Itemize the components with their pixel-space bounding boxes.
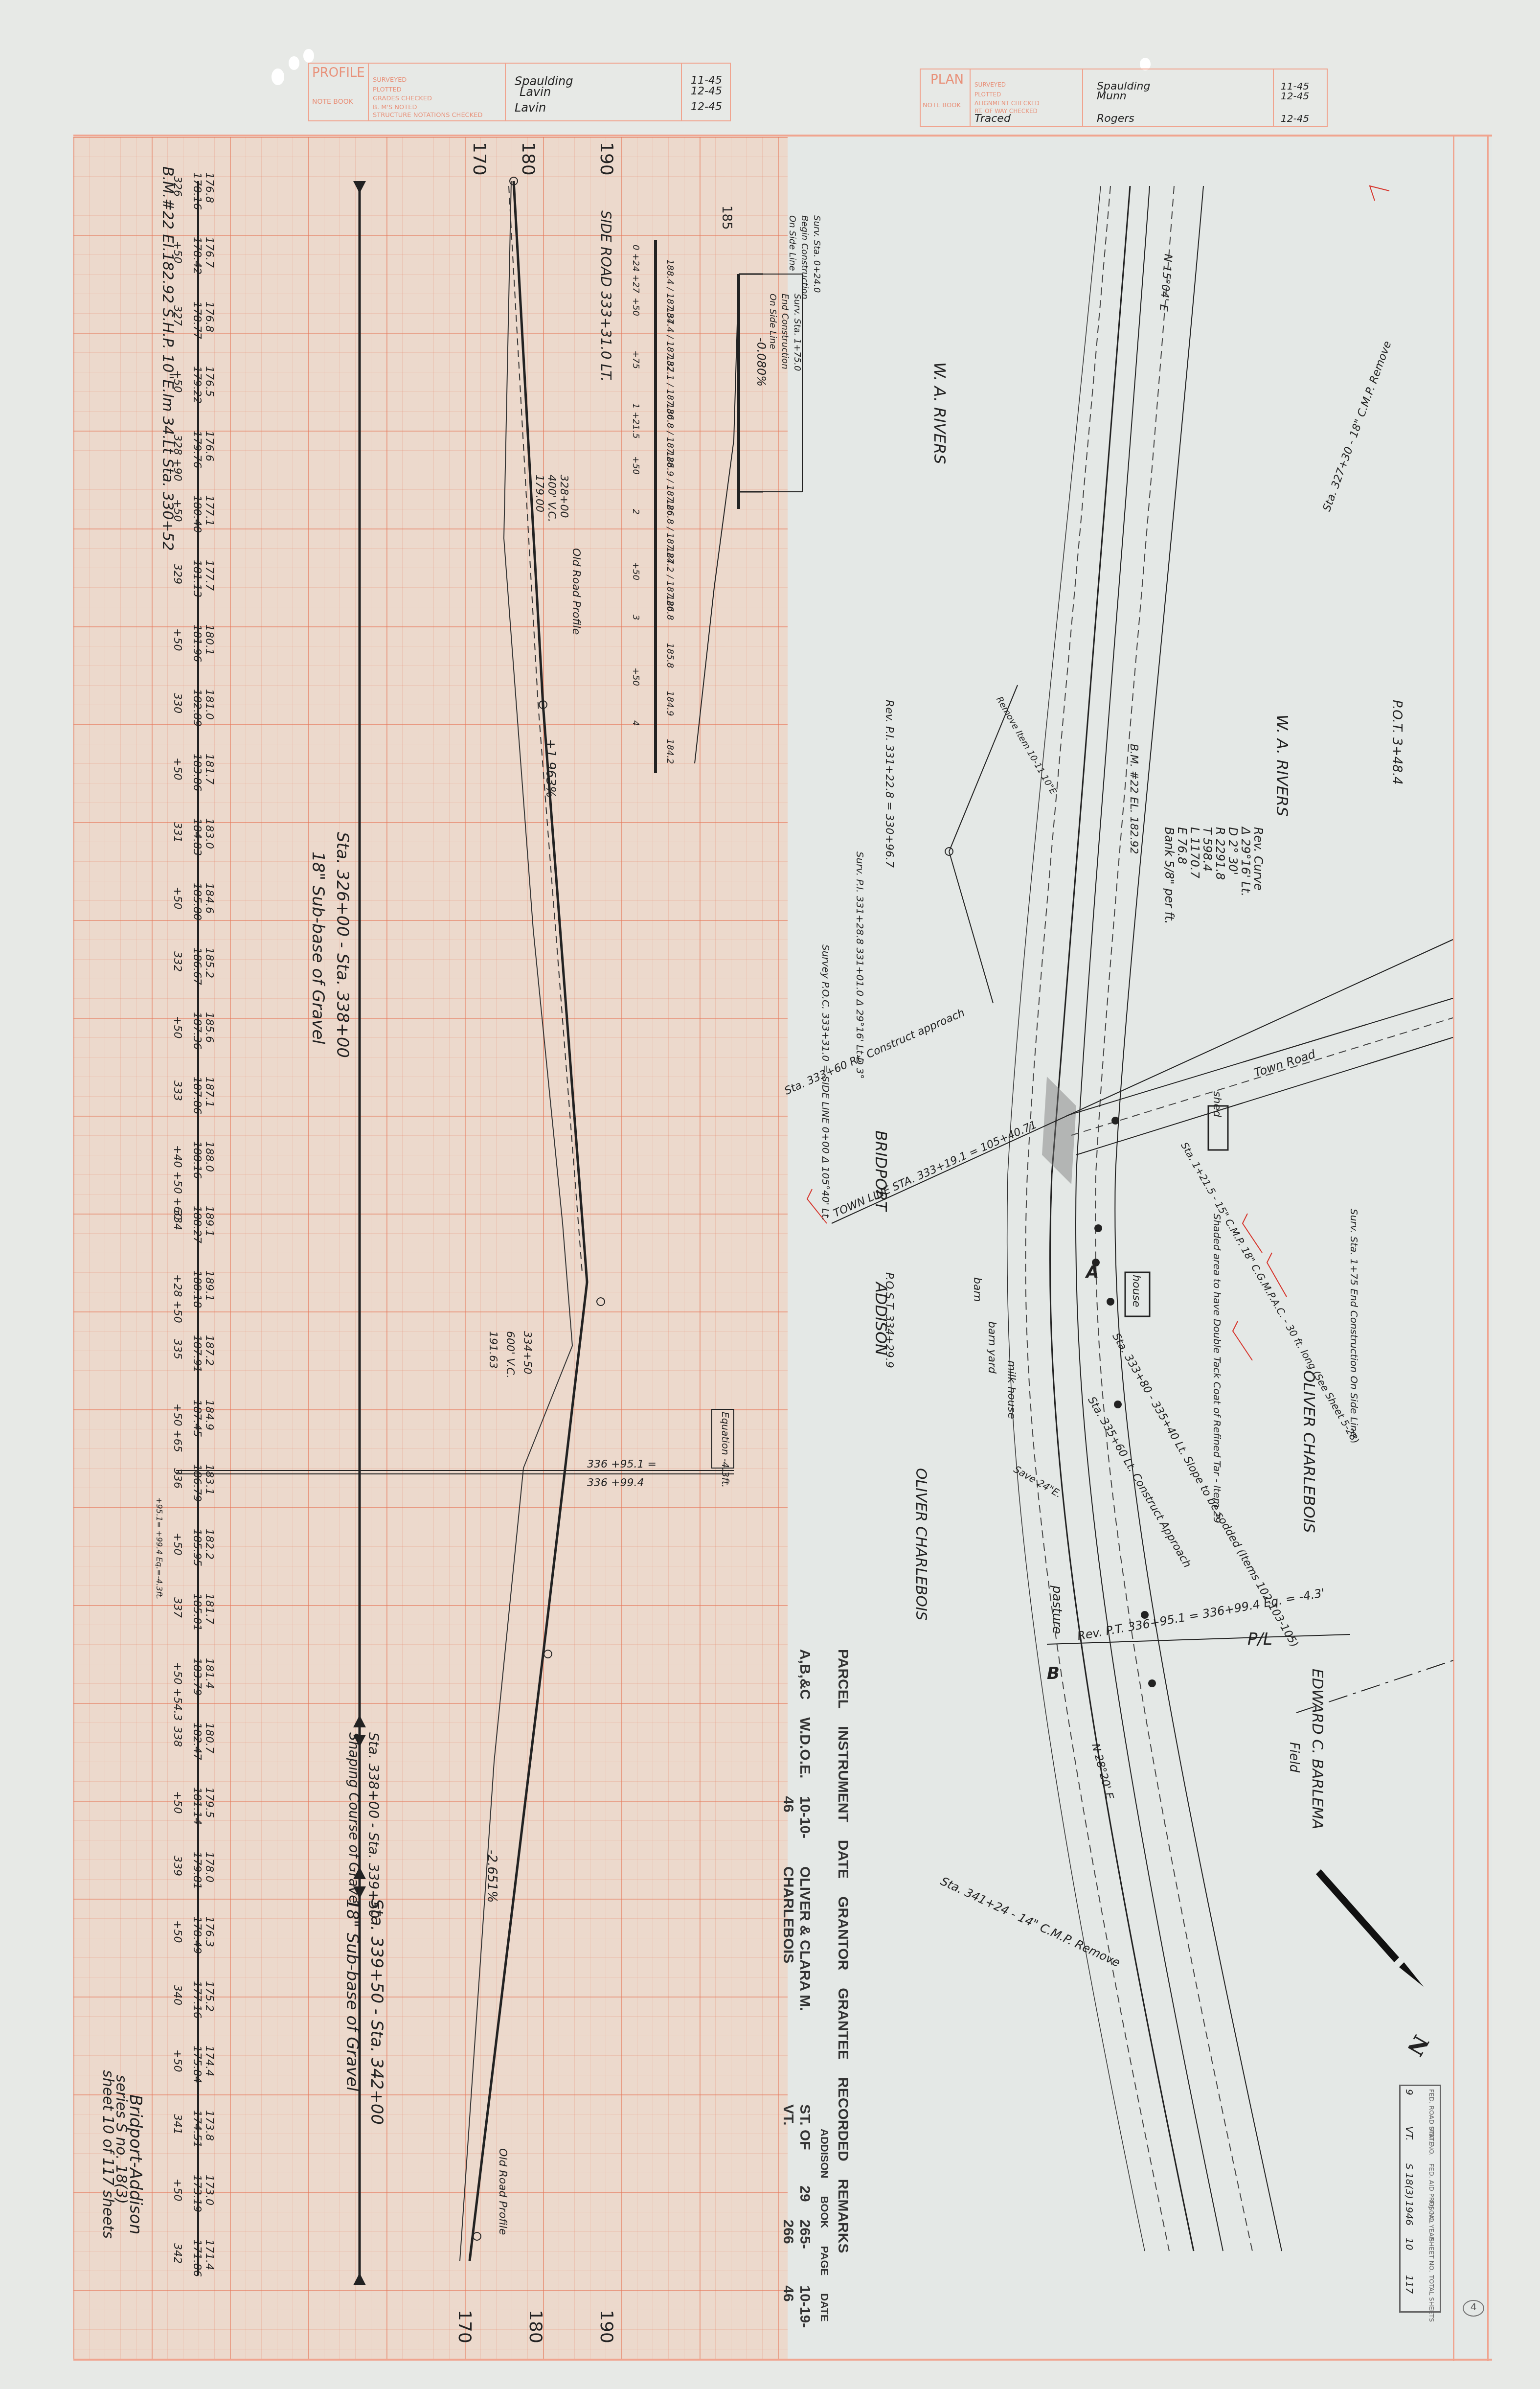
elev-axis-170: 170	[469, 142, 489, 176]
side-road-elevation: 184.2	[665, 739, 675, 764]
side-road-elevation: 185.8	[665, 643, 675, 668]
parcel-sub-row: ADDISON BOOK PAGE DATE	[818, 1649, 831, 2338]
label-parcel-b: B	[1047, 1664, 1060, 1683]
ground-elevation: 179.5	[203, 1787, 215, 1818]
side-road-station: 4	[631, 720, 641, 726]
station-label: +50	[171, 241, 183, 263]
ground-elevation: 181.7	[203, 1593, 215, 1624]
shaping-course-range: Sta. 338+00 - Sta. 339+50	[365, 1732, 382, 1918]
federal-project-box: FED. ROAD DIST. NO.9STATEVT.FED. AID PRO…	[1399, 2085, 1441, 2313]
label-barn: barn	[971, 1277, 983, 1302]
ground-elevation: 185.2	[203, 947, 215, 978]
ground-elevation: 173.0	[203, 2175, 215, 2205]
old-road-profile-label: Old Road Profile	[570, 548, 582, 635]
side-road-begin-3: On Side Line	[787, 215, 797, 271]
corner-mark: 4	[1463, 2300, 1484, 2317]
station-label: 334	[171, 1210, 183, 1230]
station-label: 326	[171, 176, 183, 197]
curve-data-line: D 2° 30'	[1226, 827, 1240, 875]
vc-station: 334+50	[521, 1331, 533, 1374]
vc-length: 600' V.C.	[504, 1331, 516, 1378]
ground-elevation: 178.0	[203, 1852, 215, 1883]
grade-elevation: 174.51	[191, 2110, 203, 2148]
fed-box-header: TOTAL SHEETS	[1427, 2275, 1435, 2322]
station-label: +50	[171, 370, 183, 392]
fed-box-header: FISCAL YEAR	[1427, 2201, 1435, 2241]
ground-elevation: 182.2	[203, 1529, 215, 1560]
grade-elevation: 179.22	[191, 366, 203, 404]
grade-elevation: 178.16	[191, 172, 203, 210]
grade-elevation: 178.49	[191, 1916, 203, 1954]
grade-elevation: 179.81	[191, 1852, 203, 1889]
station-label: +50	[171, 1791, 183, 1814]
side-road-station: +75	[631, 350, 641, 369]
station-label: 341	[171, 2114, 183, 2135]
station-label: 328 +90	[171, 435, 183, 481]
owner-oliver-charlebois-2: OLIVER CHARLEBOIS	[912, 1468, 929, 1621]
cell-book: 29	[780, 2185, 813, 2202]
ground-elevation: 176.3	[203, 1916, 215, 1947]
station-label: +50 +54.3	[171, 1662, 183, 1721]
ground-elevation: 181.0	[203, 689, 215, 720]
curve-data-line: Bank 5/8" per ft.	[1162, 827, 1176, 924]
grade-elevation: 179.76	[191, 431, 203, 468]
side-road-station: +50	[631, 456, 641, 475]
side-road-station: 0 +24 +27	[631, 245, 641, 293]
grade-elevation: 181.13	[191, 560, 203, 597]
header-parcel: PARCEL	[835, 1649, 851, 1708]
fed-box-header: SHEET NO.	[1427, 2238, 1435, 2272]
grade-elevation: 188.27	[191, 1206, 203, 1243]
station-label: 331	[171, 822, 183, 843]
old-road-profile-label-2: Old Road Profile	[497, 2148, 509, 2235]
grade-elevation: 187.91	[191, 1335, 203, 1373]
elev-axis-190-bottom: 190	[596, 2310, 616, 2343]
side-road-station: +50	[631, 562, 641, 580]
label-milk-house: milk house	[1005, 1360, 1018, 1419]
curve-data-line: Δ 29°16' Lt.	[1239, 827, 1252, 896]
recorded-town: ADDISON	[818, 2129, 831, 2178]
ground-elevation: 188.0	[203, 1141, 215, 1172]
label-pl: P/L	[1247, 1630, 1272, 1649]
ground-elevation: 176.6	[203, 431, 215, 461]
plan-callout: P.O.S.T. 334+29.9	[883, 1272, 895, 1368]
label-field: Field	[1287, 1742, 1301, 1772]
ground-elevation: 175.2	[203, 1981, 215, 2012]
cell-grantee: ST. OF VT.	[780, 2104, 813, 2168]
grade-elevation: 180.40	[191, 495, 203, 533]
cell-date: 10-10-46	[780, 1796, 813, 1849]
recorded-book: BOOK	[818, 2196, 831, 2228]
curve-data-line: L 1170.7	[1188, 827, 1201, 878]
ground-elevation: 183.0	[203, 818, 215, 849]
grade-elevation: 181.14	[191, 1787, 203, 1825]
station-label: 336	[171, 1468, 183, 1489]
side-road-station: +50	[631, 667, 641, 686]
owner-oliver-charlebois-1: OLIVER CHARLEBOIS	[1300, 1370, 1318, 1533]
fed-box-value: 10	[1404, 2238, 1415, 2250]
label-shed: shed	[1211, 1091, 1223, 1117]
side-road-station: 2	[631, 509, 641, 514]
ground-elevation: 183.1	[203, 1464, 215, 1495]
grade-elevation: 185.80	[191, 883, 203, 920]
label-parcel-a: A	[1086, 1263, 1099, 1282]
grade-elevation: 182.89	[191, 689, 203, 727]
grade-elevation: 182.47	[191, 1723, 203, 1760]
fed-box-value: S 18(3)	[1404, 2163, 1415, 2199]
side-road-end-2: End Construction	[780, 294, 790, 369]
station-label: +50	[171, 2049, 183, 2072]
fed-box-value: 9	[1404, 2089, 1415, 2095]
side-road-end-1: Surv. Sta. 1+75.0	[792, 294, 802, 371]
grade-elevation: 186.67	[191, 947, 203, 985]
equation-box-label: Equation -4.3ft.	[720, 1412, 731, 1488]
station-label: 340	[171, 1985, 183, 2005]
fed-box-value: 117	[1404, 2275, 1415, 2294]
series-note-3: sheet 10 of 117 sheets	[99, 2070, 116, 2239]
parcel-data-row: A,B,&C W.D.O.E. 10-10-46 OLIVER & CLARA …	[780, 1649, 813, 2338]
station-label: 335	[171, 1339, 183, 1359]
station-label: 339	[171, 1856, 183, 1876]
owner-wa-rivers-2: W. A. RIVERS	[1273, 714, 1291, 817]
station-label: +50	[171, 887, 183, 909]
station-label: +50	[171, 1016, 183, 1038]
ground-elevation: 177.7	[203, 560, 215, 591]
grade-elevation: 175.84	[191, 2045, 203, 2083]
station-label: +28 +50	[171, 1274, 183, 1323]
station-label: 332	[171, 951, 183, 972]
header-remarks: REMARKS	[835, 2179, 851, 2253]
side-vc-elev: 179.00	[533, 475, 545, 512]
header-date: DATE	[835, 1840, 851, 1879]
grade-elevation: 188.16	[191, 1141, 203, 1179]
ground-elevation: 177.1	[203, 495, 215, 526]
fed-box-value: VT.	[1404, 2126, 1415, 2141]
grade-elevation: 178.42	[191, 237, 203, 275]
ground-elevation: 181.4	[203, 1658, 215, 1689]
parcel-table: PARCEL INSTRUMENT DATE GRANTOR GRANTEE R…	[780, 1649, 851, 2338]
side-road-station: 3	[631, 615, 641, 620]
ground-elevation: 173.8	[203, 2110, 215, 2141]
sub-base-2-desc: 18" Sub-base of Gravel	[342, 1899, 362, 2091]
grade-elevation: 183.86	[191, 754, 203, 791]
station-label: 330	[171, 693, 183, 713]
side-road-station: 1 +21.5	[631, 403, 641, 438]
side-road-begin-1: Surv. Sta. 0+24.0	[812, 215, 822, 293]
ground-elevation: 187.2	[203, 1335, 215, 1366]
sub-base-2-range: Sta. 339+50 - Sta. 342+00	[367, 1899, 386, 2125]
curve-data-line: R 2291.8	[1213, 827, 1227, 880]
recorded-date: DATE	[818, 2293, 831, 2321]
grade-elevation: 181.96	[191, 624, 203, 662]
header-grantee: GRANTEE	[835, 1988, 851, 2060]
grade-elevation: 185.95	[191, 1529, 203, 1566]
sub-base-1-desc: 18" Sub-base of Gravel	[308, 851, 328, 1044]
ground-elevation: 184.6	[203, 883, 215, 914]
recorded-page: PAGE	[818, 2246, 831, 2275]
grade-elevation: 186.79	[191, 1464, 203, 1502]
equation-line-top: 336 +95.1 =	[587, 1458, 657, 1470]
plan-callout: Shaded area to have Double Tack Coat of …	[1211, 1214, 1223, 1523]
equation-note: +95.1= +99.4 Eq.=-4.3ft.	[155, 1497, 164, 1600]
side-road-elevation: 186.8	[665, 595, 675, 620]
ground-elevation: 181.7	[203, 754, 215, 784]
ground-elevation: 189.1	[203, 1270, 215, 1301]
side-road-begin-2: Begin Construction	[799, 215, 810, 299]
header-instrument: INSTRUMENT	[835, 1726, 851, 1822]
grade-down-label: -2.651%	[484, 1850, 499, 1903]
grade-elevation: 184.83	[191, 818, 203, 856]
ground-elevation: 189.1	[203, 1206, 215, 1237]
station-label: +50	[171, 2179, 183, 2201]
elev-axis-170-bottom: 170	[454, 2310, 475, 2343]
drawing-linework	[0, 0, 1540, 2389]
ground-elevation: 176.5	[203, 366, 215, 397]
ground-elevation: 176.8	[203, 301, 215, 332]
station-label: 338	[171, 1726, 183, 1747]
sub-base-1-range: Sta. 326+00 - Sta. 338+00	[333, 832, 352, 1058]
grade-elevation: 177.16	[191, 1981, 203, 2019]
ground-elevation: 180.7	[203, 1723, 215, 1753]
grade-elevation: 187.86	[191, 1077, 203, 1114]
ground-elevation: 185.6	[203, 1012, 215, 1043]
plan-callout: P.O.T. 3+48.4	[1389, 700, 1404, 785]
side-vc-station: 328+00	[558, 475, 570, 518]
grade-elevation: 185.01	[191, 1593, 203, 1631]
side-road-elevation: 184.9	[665, 691, 675, 716]
label-house: house	[1130, 1275, 1142, 1307]
station-label: 333	[171, 1080, 183, 1101]
owner-edward-barlema: EDWARD C. BARLEMA	[1309, 1669, 1326, 1829]
ground-elevation: 184.9	[203, 1400, 215, 1430]
label-barn-yard: barn yard	[986, 1321, 998, 1374]
fed-box-header: STATE	[1427, 2126, 1435, 2145]
station-label: +50 +65	[171, 1403, 183, 1452]
curve-title: Rev. Curve	[1252, 827, 1265, 891]
side-vc-length: 400' V.C.	[545, 475, 558, 522]
header-recorded: RECORDED	[835, 2077, 851, 2161]
shaping-course-desc: Shaping Course of Gravel	[346, 1732, 362, 1907]
cell-page: 265-266	[780, 2220, 813, 2268]
station-label: +50	[171, 1920, 183, 1943]
elev-axis-180: 180	[518, 142, 538, 176]
station-label: +50	[171, 758, 183, 780]
profile-benchmark-note: B.M.#22 El.182.92 S.H.P. 10"E.lm 34.Lt S…	[159, 166, 176, 551]
grade-elevation: 183.79	[191, 1658, 203, 1696]
drawing-sheet: PROFILE NOTE BOOK Spaulding 11-45 Lavin …	[0, 0, 1540, 2389]
plan-callout: Surv. Sta. 1+75 End Construction On Side…	[1348, 1209, 1360, 1437]
side-road-end-3: On Side Line	[768, 294, 778, 349]
fed-box-value: 1946	[1404, 2201, 1415, 2226]
station-label: +50	[171, 1533, 183, 1555]
ground-elevation: 176.8	[203, 172, 215, 203]
curve-data: Rev. Curve	[1252, 827, 1265, 891]
equation-line-bottom: 336 +99.4	[587, 1477, 644, 1489]
vc-elevation: 191.63	[487, 1331, 499, 1369]
grade-elevation: 173.19	[191, 2175, 203, 2212]
plan-callout: Surv. P.I. 331+28.8 331+01.0 Δ 29°16' Lt…	[854, 851, 866, 1079]
side-road-title: SIDE ROAD 333+31.0 LT.	[598, 210, 614, 382]
grade-elevation: 187.45	[191, 1400, 203, 1437]
station-label: 327	[171, 305, 183, 326]
grade-up-label: +1.963%	[543, 739, 558, 798]
elev-axis-190: 190	[596, 142, 616, 176]
side-road-station: +50	[631, 298, 641, 316]
side-road-grade: -0.080%	[754, 338, 768, 387]
grade-elevation: 178.77	[191, 301, 203, 339]
cell-rec-date: 10-19-46	[780, 2285, 813, 2338]
ground-elevation: 174.4	[203, 2045, 215, 2076]
cell-parcel: A,B,&C	[780, 1649, 813, 1700]
cell-instrument: W.D.O.E.	[780, 1717, 813, 1778]
curve-data-line: E 76.8	[1175, 827, 1189, 864]
elev-axis-180-bottom: 180	[525, 2310, 545, 2343]
station-label: +50	[171, 499, 183, 522]
station-label: 342	[171, 2243, 183, 2264]
ground-elevation: 180.1	[203, 624, 215, 655]
fed-box-header: FED. ROAD DIST. NO.	[1427, 2089, 1435, 2156]
owner-wa-rivers-1: W. A. RIVERS	[930, 362, 949, 464]
parcel-header-row: PARCEL INSTRUMENT DATE GRANTOR GRANTEE R…	[835, 1649, 851, 2338]
station-label: +40 +50 +60	[171, 1145, 183, 1220]
plan-callout: Rev. P.I. 331+22.8 = 330+96.7	[883, 700, 895, 868]
grade-elevation: 187.36	[191, 1012, 203, 1050]
series-note-1: Bridport-Addison	[129, 2094, 142, 2234]
station-label: 329	[171, 564, 183, 584]
ground-elevation: 176.7	[203, 237, 215, 268]
ground-elevation: 187.1	[203, 1077, 215, 1107]
ground-elevation: 171.4	[203, 2239, 215, 2270]
side-road-axis: 185	[719, 206, 734, 230]
header-grantor: GRANTOR	[835, 1896, 851, 1970]
plan-callout: B.M. #22 EL. 182.92	[1128, 744, 1140, 854]
plan-callout: Survey P.O.C. 333+31.0 = SIDE LINE 0+00 …	[820, 944, 832, 1221]
label-pasture: pasture	[1049, 1585, 1064, 1634]
station-label: +50	[171, 628, 183, 651]
grade-elevation: 188.18	[191, 1270, 203, 1308]
curve-data-line: T 598.4	[1200, 827, 1214, 872]
grade-elevation: 171.86	[191, 2239, 203, 2277]
cell-grantor: OLIVER & CLARA M. CHARLEBOIS	[780, 1866, 813, 2087]
station-label: 337	[171, 1597, 183, 1618]
